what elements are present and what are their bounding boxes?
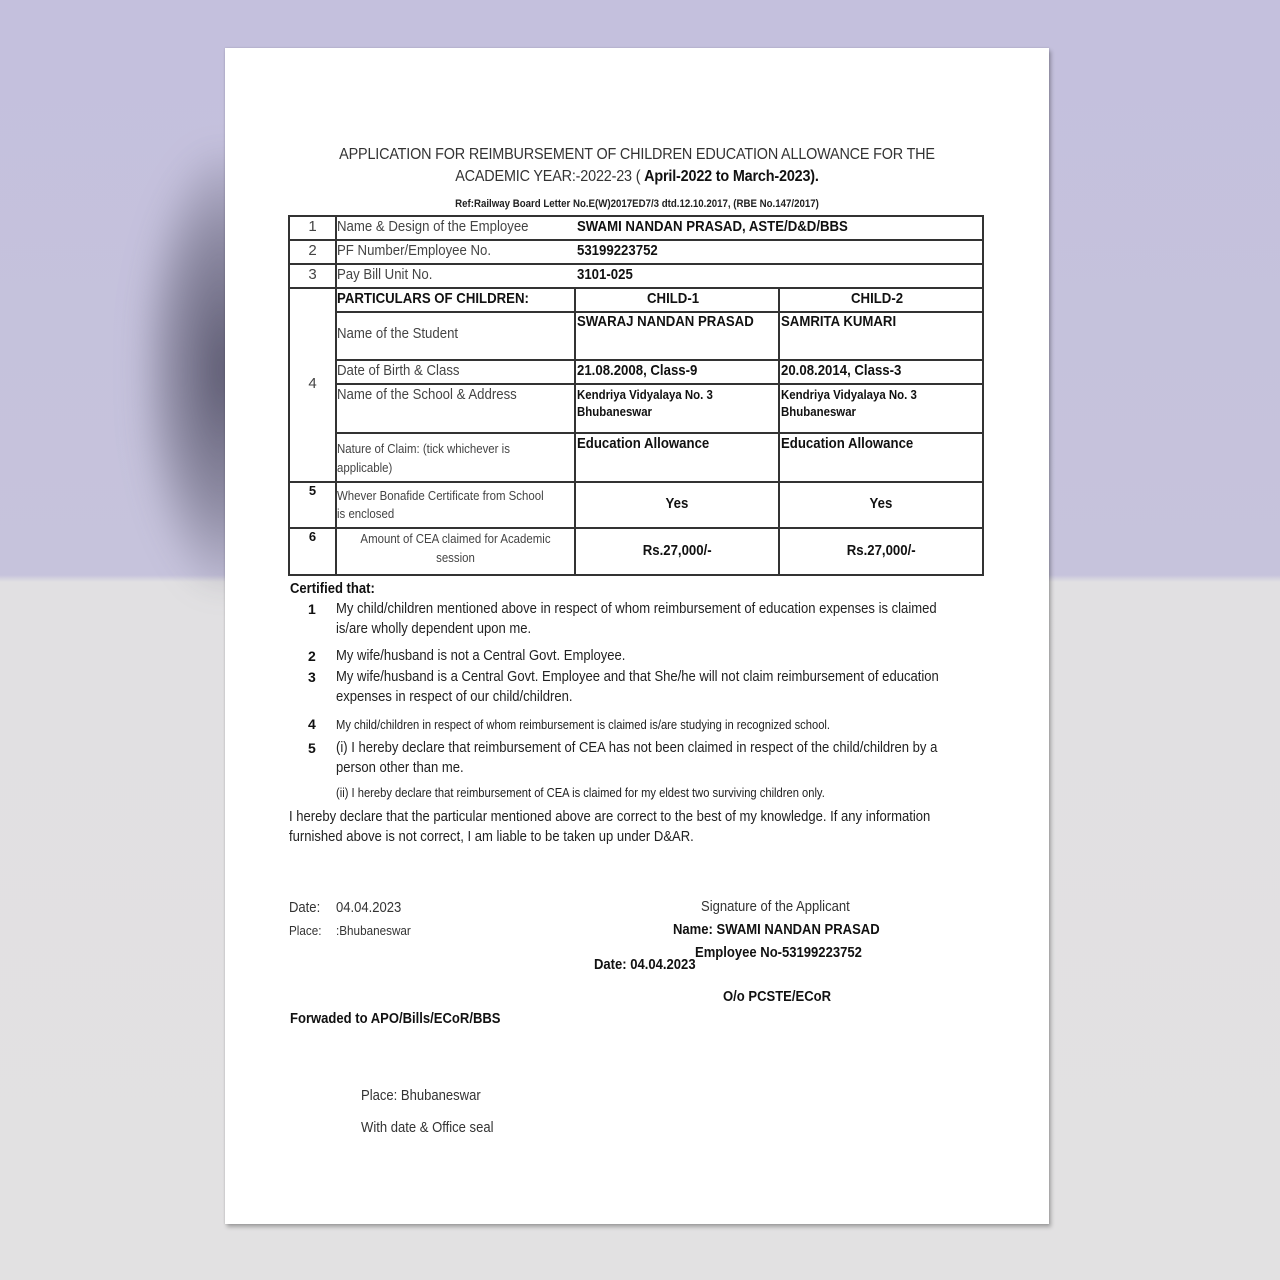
cert-item-number: 4 — [308, 716, 316, 732]
signature-date: Date: 04.04.2023 — [594, 955, 696, 975]
child1-bonafide: Yes — [666, 495, 689, 513]
row-label: Nature of Claim: (tick whichever is — [337, 439, 548, 458]
cert-item-number: 2 — [308, 648, 316, 664]
child1-amount: Rs.27,000/- — [643, 542, 712, 560]
child2-claim-nature: Education Allowance — [781, 435, 913, 453]
place-bhubaneswar: Place: Bhubaneswar — [361, 1086, 481, 1106]
office-seal-note: With date & Office seal — [361, 1118, 493, 1138]
child2-bonafide: Yes — [870, 495, 893, 513]
row-label: is enclosed — [337, 505, 548, 523]
cert-item-5-ii: (ii) I hereby declare that reimbursement… — [336, 783, 825, 803]
signature-label: Signature of the Applicant — [701, 897, 850, 917]
cert-item-number: 1 — [308, 601, 316, 617]
employee-number: Employee No-53199223752 — [695, 943, 862, 963]
row-label: Name of the Student — [337, 325, 458, 343]
row-number: 2 — [290, 242, 335, 260]
child1-school-name: Kendriya Vidyalaya No. 3 — [577, 386, 755, 403]
row-label: PF Number/Employee No. — [337, 242, 491, 260]
place-value: :Bhubaneswar — [336, 921, 411, 941]
cert-item-number: 3 — [308, 669, 316, 685]
pay-bill-unit-value: 3101-025 — [577, 266, 633, 284]
child2-header: CHILD-2 — [851, 290, 903, 308]
row-label: Whever Bonafide Certificate from School — [337, 487, 548, 505]
cert-item-2: My wife/husband is not a Central Govt. E… — [336, 646, 625, 666]
row-number: 3 — [290, 266, 335, 284]
child2-school-name: Kendriya Vidyalaya No. 3 — [781, 386, 959, 403]
pf-number-value: 53199223752 — [577, 242, 658, 260]
document-title-line1: APPLICATION FOR REIMBURSEMENT OF CHILDRE… — [266, 146, 1008, 164]
cert-item-4: My child/children in respect of whom rei… — [336, 715, 830, 735]
child2-name: SAMRITA KUMARI — [781, 313, 896, 331]
child1-school-address: Bhubaneswar — [577, 403, 755, 420]
office-name: O/o PCSTE/ECoR — [723, 987, 831, 1007]
cert-item-3: My wife/husband is a Central Govt. Emplo… — [336, 667, 939, 707]
row-label: session — [351, 548, 560, 567]
particulars-header: PARTICULARS OF CHILDREN: — [337, 290, 529, 308]
row-number: 1 — [290, 218, 335, 236]
row-label: Date of Birth & Class — [337, 362, 460, 380]
document-title-line2: ACADEMIC YEAR:-2022-23 ( April-2022 to M… — [266, 168, 1008, 186]
document-page: APPLICATION FOR REIMBURSEMENT OF CHILDRE… — [225, 48, 1049, 1224]
cert-item-5: (i) I hereby declare that reimbursement … — [336, 738, 937, 778]
row-label: Name & Design of the Employee — [337, 218, 529, 236]
applicant-name: Name: SWAMI NANDAN PRASAD — [673, 920, 880, 940]
row-label: applicable) — [337, 458, 548, 477]
row-label: Name of the School & Address — [337, 386, 517, 404]
row-label: Amount of CEA claimed for Academic — [351, 529, 560, 548]
cert-item-1: My child/children mentioned above in res… — [336, 599, 937, 639]
child1-header: CHILD-1 — [647, 290, 699, 308]
certified-heading: Certified that: — [290, 579, 375, 599]
place-label: Place: — [289, 921, 322, 941]
row-label: Pay Bill Unit No. — [337, 266, 432, 284]
date-value: 04.04.2023 — [336, 898, 401, 918]
row-number: 5 — [290, 483, 335, 499]
row-number: 6 — [290, 529, 335, 545]
child2-school-address: Bhubaneswar — [781, 403, 959, 420]
child1-claim-nature: Education Allowance — [577, 435, 709, 453]
cert-item-number: 5 — [308, 740, 316, 756]
child1-name: SWARAJ NANDAN PRASAD — [577, 313, 754, 331]
declaration: I hereby declare that the particular men… — [289, 807, 930, 847]
child2-dob-class: 20.08.2014, Class-3 — [781, 362, 901, 380]
forwarded-to: Forwaded to APO/Bills/ECoR/BBS — [290, 1009, 501, 1029]
child2-amount: Rs.27,000/- — [847, 542, 916, 560]
row-number: 4 — [290, 375, 335, 393]
details-table: 1 Name & Design of the Employee SWAMI NA… — [288, 215, 984, 576]
employee-name-value: SWAMI NANDAN PRASAD, ASTE/D&D/BBS — [577, 218, 848, 236]
date-label: Date: — [289, 898, 320, 918]
reference-line: Ref:Railway Board Letter No.E(W)2017ED7/… — [274, 198, 999, 210]
child1-dob-class: 21.08.2008, Class-9 — [577, 362, 697, 380]
